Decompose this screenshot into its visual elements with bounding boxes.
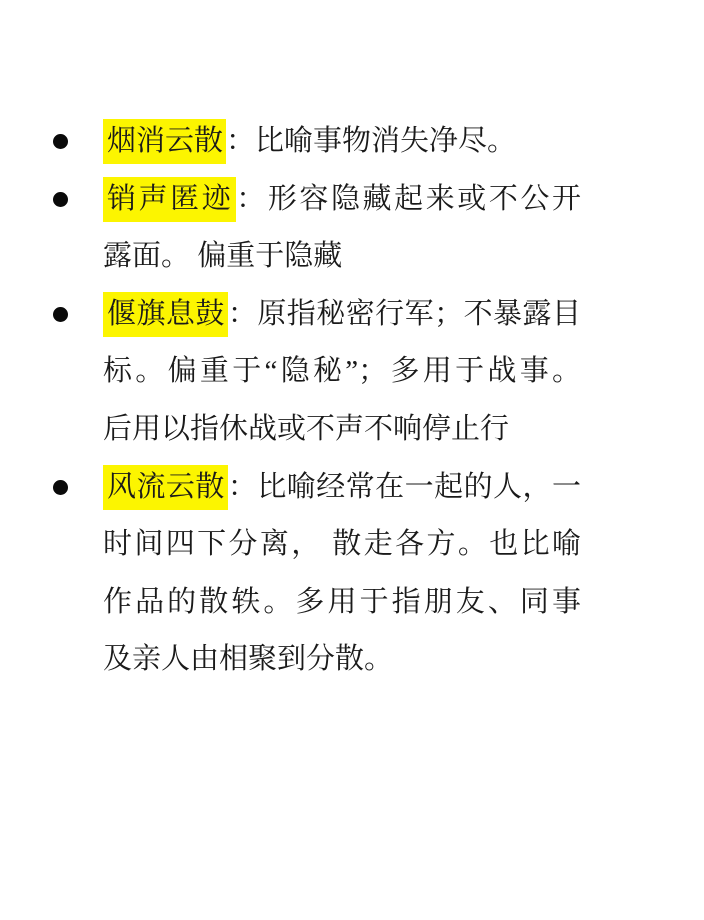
idiom-term-highlight: 偃旗息鼓 [103,292,228,337]
bullet-column [53,459,103,495]
bullet-column [53,113,103,149]
definition-line: 偃旗息鼓：原指秘密行军；不暴露目 [103,286,581,344]
definition-text: 标。偏重于“隐秘”；多用于战事。 [103,355,581,387]
list-item-fengliuyunsan: 风流云散：比喻经常在一起的人，一 时间四下分离， 散走各方。也比喻 作品的散轶。… [53,459,581,689]
bullet-column [53,171,103,207]
definition-text: 作品的散轶。多用于指朋友、同事 [103,586,581,618]
item-text: 风流云散：比喻经常在一起的人，一 时间四下分离， 散走各方。也比喻 作品的散轶。… [103,459,581,689]
idiom-term-highlight: 销声匿迹 [103,177,236,222]
list-item-xiaoshengniji: 销声匿迹：形容隐藏起来或不公开 露面。 偏重于隐藏 [53,171,581,286]
definition-line: 后用以指休战或不声不响停止行 [103,401,581,459]
definition-line: 露面。 偏重于隐藏 [103,228,581,286]
definition-text: 露面。 偏重于隐藏 [103,240,342,272]
definition-line: 及亲人由相聚到分散。 [103,631,581,689]
idiom-list: 烟消云散：比喻事物消失净尽。 销声匿迹：形容隐藏起来或不公开 露面。 偏重于隐藏… [53,113,581,689]
bullet-icon [53,134,68,149]
definition-text: 及亲人由相聚到分散。 [103,643,393,675]
bullet-column [53,286,103,322]
definition-line: 标。偏重于“隐秘”；多用于战事。 [103,343,581,401]
list-item-yanqixigu: 偃旗息鼓：原指秘密行军；不暴露目 标。偏重于“隐秘”；多用于战事。 后用以指休战… [53,286,581,459]
item-text: 销声匿迹：形容隐藏起来或不公开 露面。 偏重于隐藏 [103,171,581,286]
definition-line: 烟消云散：比喻事物消失净尽。 [103,113,581,171]
definition-text: ：原指秘密行军；不暴露目 [228,298,581,330]
bullet-icon [53,192,68,207]
definition-text: ：比喻经常在一起的人，一 [228,471,581,503]
idiom-term-highlight: 烟消云散 [103,119,226,164]
definition-text: ：形容隐藏起来或不公开 [236,183,581,215]
definition-text: ：比喻事物消失净尽。 [226,125,516,157]
definition-line: 作品的散轶。多用于指朋友、同事 [103,574,581,632]
idiom-term-highlight: 风流云散 [103,465,228,510]
definition-line: 时间四下分离， 散走各方。也比喻 [103,516,581,574]
definition-text: 后用以指休战或不声不响停止行 [103,413,509,445]
bullet-icon [53,480,68,495]
list-item-yanxiaoyunsan: 烟消云散：比喻事物消失净尽。 [53,113,581,171]
item-text: 烟消云散：比喻事物消失净尽。 [103,113,581,171]
item-text: 偃旗息鼓：原指秘密行军；不暴露目 标。偏重于“隐秘”；多用于战事。 后用以指休战… [103,286,581,459]
bullet-icon [53,307,68,322]
definition-line: 风流云散：比喻经常在一起的人，一 [103,459,581,517]
definition-text: 时间四下分离， 散走各方。也比喻 [103,528,581,560]
definition-line: 销声匿迹：形容隐藏起来或不公开 [103,171,581,229]
